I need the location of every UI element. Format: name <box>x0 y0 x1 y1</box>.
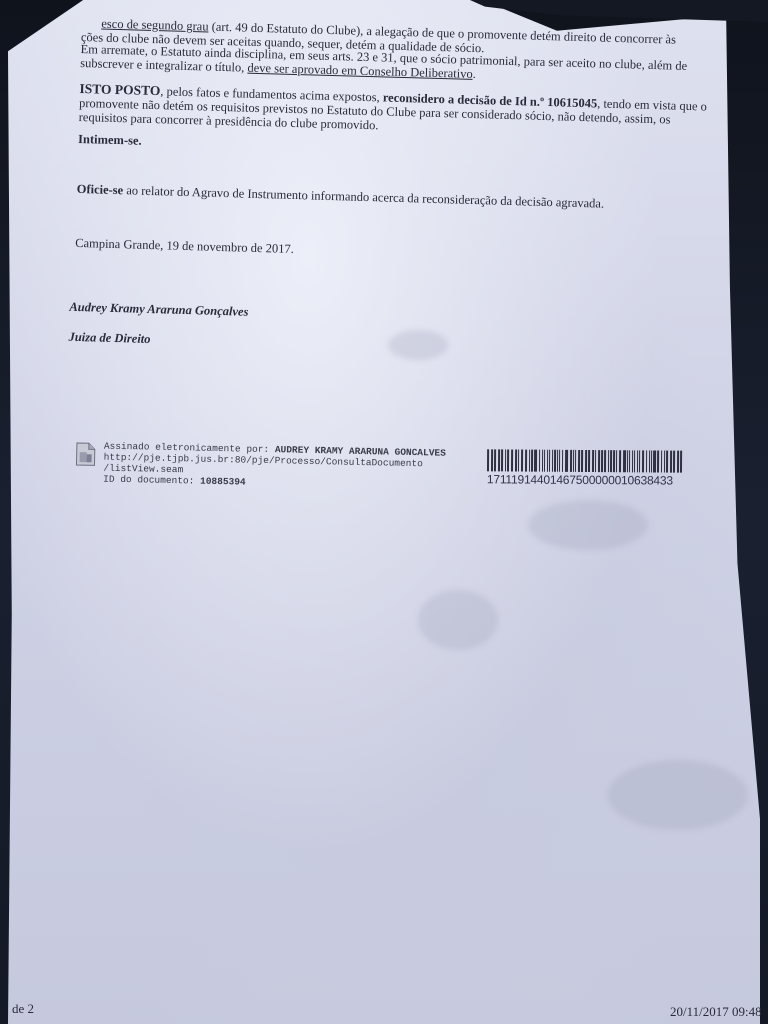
document-icon <box>75 442 95 466</box>
barcode-bar <box>534 450 537 472</box>
barcode-bar <box>664 451 665 473</box>
paragraph-intimem: Intimem-se. <box>78 132 142 148</box>
barcode-bar <box>529 450 530 472</box>
barcode-bar <box>505 449 506 471</box>
paper-crease <box>528 500 648 550</box>
barcode-bar <box>651 450 652 472</box>
barcode-bar <box>601 450 603 472</box>
barcode-bar <box>575 450 576 472</box>
barcode-bar <box>670 451 672 473</box>
barcode-bar <box>653 450 656 472</box>
barcode-bar <box>657 450 659 472</box>
barcode-bar <box>588 450 590 472</box>
paper-crease <box>418 590 498 650</box>
barcode-block: 17111914401467500000010638433 <box>487 449 687 487</box>
barcode-bar <box>661 451 662 473</box>
barcode <box>487 449 687 472</box>
barcode-bar <box>592 450 594 472</box>
barcode-bar <box>570 450 572 472</box>
barcode-bar <box>544 450 545 472</box>
barcode-bar <box>680 451 682 473</box>
barcode-bar <box>573 450 574 472</box>
barcode-bar <box>610 450 612 472</box>
barcode-bar <box>552 450 553 472</box>
barcode-bar <box>578 450 580 472</box>
barcode-bar <box>487 449 489 471</box>
barcode-number: 17111914401467500000010638433 <box>487 472 687 487</box>
barcode-bar <box>511 449 513 471</box>
paper-crease <box>608 760 748 830</box>
paper-sheet <box>8 0 760 1024</box>
barcode-bar <box>604 450 606 472</box>
barcode-bar <box>673 451 675 473</box>
barcode-bar <box>598 450 600 472</box>
barcode-bar <box>559 450 560 472</box>
barcode-bar <box>632 450 633 472</box>
barcode-bar <box>525 450 527 472</box>
barcode-bar <box>562 450 563 472</box>
barcode-bar <box>649 450 650 472</box>
stamp-text: Assinado eletronicamente por: AUDREY KRA… <box>103 441 446 492</box>
barcode-bar <box>627 450 628 472</box>
photo-scene: esco de segundo grau (art. 49 do Estatut… <box>0 0 768 1024</box>
barcode-bar <box>585 450 587 472</box>
barcode-bar <box>608 450 609 472</box>
barcode-bar <box>547 450 548 472</box>
print-timestamp: 20/11/2017 09:48 <box>670 1004 762 1020</box>
barcode-bar <box>623 450 626 472</box>
electronic-signature-stamp: Assinado eletronicamente por: AUDREY KRA… <box>75 440 446 492</box>
barcode-bar <box>542 450 543 472</box>
barcode-bar <box>557 450 558 472</box>
barcode-bar <box>491 449 493 471</box>
barcode-bar <box>629 450 630 472</box>
barcode-bar <box>613 450 615 472</box>
barcode-bar <box>494 449 496 471</box>
barcode-bar <box>518 450 519 472</box>
barcode-bar <box>642 450 644 472</box>
barcode-bar <box>581 450 583 472</box>
barcode-bar <box>637 450 638 472</box>
barcode-bar <box>646 450 647 472</box>
barcode-bar <box>521 450 523 472</box>
barcode-bar <box>554 450 556 472</box>
barcode-bar <box>677 451 679 473</box>
barcode-bar <box>531 450 533 472</box>
signature-title: Juiza de Direito <box>68 330 150 346</box>
barcode-bar <box>595 450 596 472</box>
barcode-bar <box>666 451 668 473</box>
page-count: de 2 <box>12 1001 34 1017</box>
barcode-bar <box>619 450 621 472</box>
barcode-bar <box>549 450 550 472</box>
paper-crease <box>388 330 448 360</box>
barcode-bar <box>515 449 517 471</box>
barcode-bar <box>539 450 540 472</box>
barcode-bar <box>616 450 617 472</box>
barcode-bar <box>498 449 500 471</box>
barcode-bar <box>634 450 635 472</box>
barcode-bar <box>565 450 568 472</box>
document-id: 10885394 <box>200 476 246 488</box>
barcode-bar <box>507 449 509 471</box>
barcode-bar <box>501 449 503 471</box>
barcode-bar <box>639 450 640 472</box>
